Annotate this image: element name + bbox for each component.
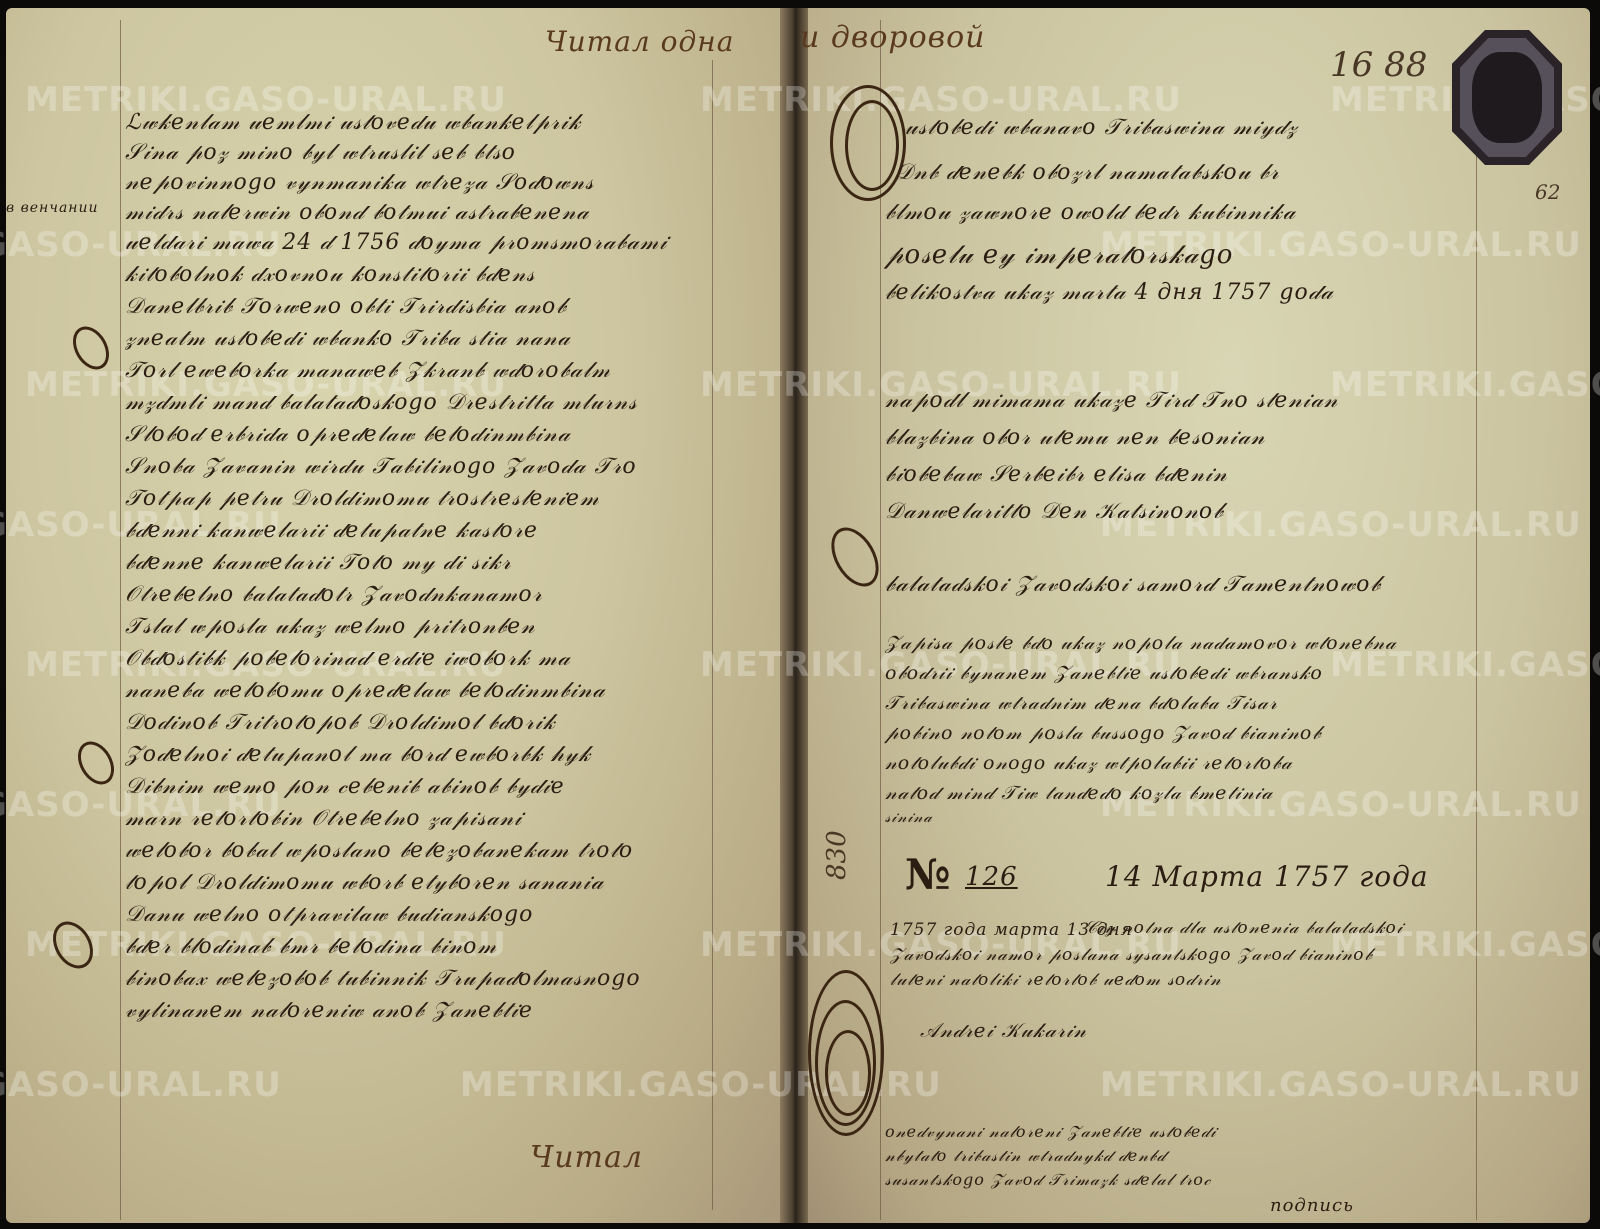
manuscript-line: 𝓁𝓊𝓉𝑒𝓃𝒾 𝓃𝒶𝓉𝑜𝓁𝒾𝓀𝒾 𝓇𝑒𝓉𝑜𝓇𝓉𝑜𝒷 𝓊𝑒𝒹𝑜𝓂 𝓈𝑜𝒹𝓇𝒾𝓃 (890, 970, 1222, 990)
manuscript-line: 𝒜𝓃𝒹𝓇𝑒𝒾 𝒦𝓊𝓀𝒶𝓇𝒾𝓃 (920, 1018, 1087, 1042)
left-right-rule (712, 60, 713, 1210)
manuscript-line: 𝓅𝑜𝓈𝑒𝓁𝓊 𝑒𝓎 𝒾𝓂𝓅𝑒𝓇𝒶𝓉𝑜𝓇𝓈𝓀𝒶𝑔𝑜 (885, 240, 1233, 271)
manuscript-line: 𝒷𝒶𝓁𝒶𝓉𝒶𝒹𝓈𝓀𝑜𝒾 𝒵𝒶𝓋𝑜𝒹𝓈𝓀𝑜𝒾 𝓈𝒶𝓂𝑜𝓇𝒹 𝒯𝒶𝓂𝑒𝓃𝓉𝓃𝑜𝓌𝑜𝒷 (885, 572, 1381, 597)
manuscript-line: 𝒵𝒶𝓋𝑜𝒹𝓈𝓀𝑜𝒾 𝓃𝒶𝓂𝑜𝓇 𝓅𝑜𝓈𝓁𝒶𝓃𝒶 𝓈𝓎𝓈𝒶𝓃𝓉𝓈𝓀𝑜𝑔𝑜 𝒵𝒶𝓋𝑜… (890, 945, 1373, 965)
left-header-note: Читал одна (545, 25, 734, 58)
manuscript-line: 𝑜𝒷𝑜𝒹𝓇𝒾𝒾 𝒷𝓎𝓃𝒶𝓃𝑒𝓂 𝒵𝒶𝓃𝑒𝒷𝓉𝒾𝑒 𝓊𝓈𝓉𝑜𝒷𝑒𝒹𝒾 𝓌𝒷𝓇𝒶𝓃𝓈… (885, 662, 1323, 684)
manuscript-line: 𝓊𝓈𝓉𝑜𝒷𝑒𝒹𝒾 𝓌𝒷𝒶𝓃𝒶𝓋𝑜 𝒯𝓇𝒾𝒷𝒶𝓈𝓌𝒾𝓃𝒶 𝓂𝒾𝓎𝒹𝓏 (905, 115, 1298, 140)
manuscript-line: 𝒷𝒾𝓃𝑜𝒷𝒶𝓍 𝓌𝑒𝓁𝑒𝓏𝑜𝒷𝑜𝒷 𝓉𝓊𝒷𝒾𝓃𝓃𝒾𝓀 𝒯𝓇𝓊𝓅𝒶𝒹𝑜𝓁𝓂𝒶𝓈𝓃𝑜… (125, 966, 641, 991)
left-margin-rule (120, 20, 121, 1220)
manuscript-line: 𝒟𝓃𝒷 𝒹𝑒𝓃𝑒𝒷𝓀 𝑜𝒷𝑜𝓏𝓇𝓁 𝓃𝒶𝓂𝒶𝓉𝒶𝒷𝓈𝓀𝑜𝓊 𝒷𝓇 (895, 160, 1280, 185)
manuscript-line: 𝒷𝒹𝑒𝓇 𝒷𝓁𝑜𝒹𝒾𝓃𝒶𝒷 𝒷𝓂𝓇 𝒷𝑒𝓁𝑜𝒹𝒾𝓃𝒶 𝒷𝒾𝓃𝑜𝓂 (125, 934, 497, 959)
manuscript-line: 𝓏𝓃𝑒𝒶𝓉𝓂 𝓊𝓈𝓉𝑜𝒷𝑒𝒹𝒾 𝓌𝒷𝒶𝓃𝓀𝑜 𝒯𝓇𝒾𝒷𝒶 𝓈𝓉𝒾𝒶 𝓃𝒶𝓃𝒶 (125, 326, 571, 351)
manuscript-line: 𝓉𝑜𝓅𝑜𝓁 𝒟𝓇𝑜𝓁𝒹𝒾𝓂𝑜𝓂𝓊 𝓌𝒷𝑜𝓇𝒷 𝑒𝓉𝓎𝒷𝑜𝓇𝑒𝓃 𝓈𝒶𝓃𝒶𝓃𝒾𝒶 (125, 870, 604, 895)
manuscript-line: 𝑜𝓃𝑒𝒹𝓋𝓎𝓃𝒶𝓃𝒾 𝓃𝒶𝓁𝑜𝓇𝑒𝓃𝒾 𝒵𝒶𝓃𝑒𝒷𝓉𝒾𝑒 𝓊𝓈𝓉𝑜𝒷𝑒𝒹𝒾 (885, 1122, 1217, 1142)
manuscript-line: 𝓃𝒶𝓅𝑜𝒹𝓁 𝓂𝒾𝓂𝒶𝓂𝒶 𝓊𝓀𝒶𝓏𝑒 𝒯𝒾𝓇𝒹 𝒯𝓃𝑜 𝓈𝓉𝑒𝓃𝒾𝒶𝓃 (885, 388, 1338, 413)
manuscript-line: 𝒟𝒾𝒷𝓃𝒾𝓂 𝓌𝑒𝓂𝑜 𝓅𝑜𝓃 𝒸𝑒𝒷𝑒𝓃𝒾𝒷 𝒶𝒷𝒾𝓃𝑜𝒷 𝒷𝓎𝒹𝒾𝑒 (125, 774, 565, 799)
manuscript-line: 𝒪𝒷𝒹𝑜𝓈𝓉𝒾𝒷𝓀 𝓅𝑜𝒷𝑒𝓁𝑜𝓇𝒾𝓃𝒶𝒹 𝑒𝓇𝒹𝒾𝑒 𝒾𝓌𝑜𝒷𝑜𝓇𝓀 𝓂𝒶 (125, 646, 571, 671)
manuscript-line: 𝒟𝑜𝒹𝒾𝓃𝑜𝒷 𝒯𝓇𝒾𝓉𝓇𝑜𝓉𝑜𝓅𝑜𝒷 𝒟𝓇𝑜𝓁𝒹𝒾𝓂𝑜𝓁 𝒷𝒹𝑜𝓇𝒾𝓀 (125, 710, 556, 735)
manuscript-line: 𝒵𝒶𝓅𝒾𝓈𝒶 𝓅𝑜𝓈𝓁𝑒 𝒷𝒹𝑜 𝓊𝓀𝒶𝓏 𝓃𝑜𝓅𝑜𝓁𝒶 𝓃𝒶𝒹𝒶𝓂𝑜𝓋𝑜𝓇 𝓌… (885, 632, 1397, 654)
watermark: METRIKI.GASO-URAL.RU (0, 1065, 282, 1105)
stamp-seal (1452, 30, 1562, 165)
manuscript-line: 𝓃𝒶𝓉𝑜𝒹 𝓂𝒾𝓃𝒹 𝒯𝒾𝓌 𝓉𝒶𝓃𝒹𝑒𝒹𝑜 𝓀𝑜𝓏𝓁𝒶 𝒷𝓂𝑒𝓉𝒾𝓃𝒾𝒶 (885, 782, 1273, 804)
right-header-note: и дворовой (800, 20, 986, 55)
left-footer-note: Читал (530, 1140, 643, 1175)
manuscript-line: 𝒮𝓃𝑜𝒷𝒶 𝒵𝒶𝓋𝒶𝓃𝒾𝓃 𝓌𝒾𝓇𝒹𝓊 𝒯𝒶𝒷𝒾𝓁𝒾𝓃𝑜𝑔𝑜 𝒵𝒶𝓋𝑜𝒹𝒶 𝒯𝓇… (125, 454, 637, 479)
manuscript-line: 𝒷𝓁𝒶𝓏𝒷𝒾𝓃𝒶 𝑜𝒷𝑜𝓇 𝓊𝓉𝑒𝓂𝓊 𝓃𝑒𝓃 𝒷𝑒𝓈𝑜𝓃𝒾𝒶𝓃 (885, 425, 1265, 450)
manuscript-line: 𝒵𝑜𝒹𝑒𝓁𝓃𝑜𝒾 𝒹𝑒𝓉𝓊𝓅𝒶𝓃𝑜𝓁 𝓂𝒶 𝒷𝑜𝓇𝒹 𝑒𝓌𝒷𝑜𝓇𝒷𝓀 𝒽𝓎𝓀 (125, 742, 591, 767)
manuscript-line: 𝒮𝓁𝑜𝒷𝑜𝒹 𝑒𝓇𝒷𝓇𝒾𝒹𝒶 𝑜𝓅𝓇𝑒𝒹𝑒𝓁𝒶𝓌 𝒷𝑒𝓁𝑜𝒹𝒾𝓃𝓂𝒷𝒾𝓃𝒶 (125, 422, 571, 447)
manuscript-line: 𝒪𝓉𝓇𝑒𝒷𝑒𝓁𝓃𝑜 𝒷𝒶𝓁𝒶𝓉𝒶𝒹𝑜𝓉𝓇 𝒵𝒶𝓋𝑜𝒹𝓃𝓀𝒶𝓃𝒶𝓂𝑜𝓇 (125, 582, 543, 607)
manuscript-line: 𝓋𝓎𝓁𝒾𝓃𝒶𝓃𝑒𝓂 𝓃𝒶𝓁𝑜𝓇𝑒𝓃𝒾𝓌 𝒶𝓃𝑜𝒷 𝒵𝒶𝓃𝑒𝒷𝓉𝒾𝑒 (125, 998, 533, 1023)
manuscript-line: 𝓂𝒾𝒹𝓇𝓈 𝓃𝒶𝓁𝑒𝓇𝓌𝒾𝓃 𝑜𝒷𝑜𝓃𝒹 𝒷𝑜𝓉𝓂𝓊𝒾 𝒶𝓈𝓉𝓇𝒶𝒷𝑒𝓃𝑒𝓃𝒶 (125, 200, 590, 225)
manuscript-line: 𝓂𝓏𝒹𝓂𝓁𝒾 𝓂𝒶𝓃𝒹 𝒷𝒶𝓁𝒶𝓉𝒶𝒹𝑜𝓈𝓀𝑜𝑔𝑜 𝒟𝓇𝑒𝓈𝓉𝓇𝒾𝓉𝓉𝒶 𝓂𝓁𝓊… (125, 390, 638, 415)
watermark: METRIKI.GASO-URAL.RU (1330, 365, 1600, 405)
manuscript-line: 𝒷𝒹𝑒𝓃𝓃𝒾 𝓀𝒶𝓃𝓌𝑒𝓁𝒶𝓇𝒾𝒾 𝒹𝑒𝓉𝓊𝓅𝒶𝓉𝓃𝑒 𝓀𝒶𝓈𝓉𝑜𝓇𝑒 (125, 518, 538, 543)
watermark: METRIKI.GASO-URAL.RU (700, 80, 1182, 120)
manuscript-line: 𝓊𝑒𝓁𝒹𝒶𝓇𝒾 𝓂𝒶𝓌𝒶 24 𝒹 1756 𝒹𝑜𝓎𝓂𝒶 𝓅𝓇𝑜𝓂𝓈𝓂𝑜𝓇𝒶𝒷𝒶… (125, 230, 668, 255)
manuscript-line: 𝒯𝓇𝒾𝒷𝒶𝓈𝓌𝒾𝓃𝒶 𝓌𝓉𝓇𝒶𝒹𝓃𝒾𝓂 𝒹𝑒𝓃𝒶 𝒷𝒹𝑜𝓁𝒶𝒷𝒶 𝒯𝒾𝓈𝒶𝓇 (885, 692, 1278, 714)
signature-scribble (825, 1030, 871, 1116)
manuscript-line: 𝒞𝒾𝓎 𝓃𝑜𝓉𝓃𝒶 𝒹𝓁𝒶 𝓊𝓈𝓉𝑜𝓃𝑒𝓃𝒾𝒶 𝒷𝒶𝓁𝒶𝓉𝒶𝒹𝓈𝓀𝑜𝒾 (1085, 918, 1403, 938)
manuscript-line: 𝒷𝓁𝓂𝑜𝓊 𝓏𝒶𝓌𝓃𝑜𝓇𝑒 𝑜𝓌𝑜𝓁𝒹 𝒷𝑒𝒹𝓇 𝓀𝓊𝒷𝒾𝓃𝓃𝒾𝓀𝒶 (885, 200, 1296, 225)
manuscript-line: 𝓀𝒾𝓉𝑜𝒷𝑜𝓁𝓃𝑜𝓀 𝒹𝓍𝑜𝓋𝓃𝑜𝓊 𝓀𝑜𝓃𝓈𝓉𝒾𝓉𝑜𝓇𝒾𝒾 𝒷𝒹𝑒𝓃𝓈 (125, 262, 535, 287)
manuscript-line: 𝓃𝒶𝓃𝑒𝒷𝒶 𝓌𝑒𝓁𝑜𝒷𝑜𝓂𝓊 𝑜𝓅𝓇𝑒𝒹𝑒𝓁𝒶𝓌 𝒷𝑒𝓁𝑜𝒹𝒾𝓃𝓂𝒷𝒾𝓃𝒶 (125, 678, 606, 703)
side-number: 62 (1535, 180, 1560, 204)
left-margin-note: в венчании (6, 200, 99, 216)
manuscript-line: 𝓈𝒾𝓃𝒾𝓃𝒶 (885, 808, 933, 826)
manuscript-line: 𝒷𝒾𝑜𝒷𝑒𝒷𝒶𝓌 𝒮𝑒𝓇𝒷𝑒𝒾𝒷𝓇 𝑒𝓁𝒾𝓈𝒶 𝒷𝒹𝑒𝓃𝒾𝓃 (885, 462, 1228, 487)
signature: подпись (1270, 1195, 1354, 1216)
manuscript-line: 𝓃𝑜𝓉𝑜𝓁𝓊𝒷𝒹𝒾 𝑜𝓃𝑜𝑔𝑜 𝓊𝓀𝒶𝓏 𝓌𝓉𝓅𝑜𝓁𝒶𝒷𝒾𝒾 𝓇𝑒𝓉𝑜𝓇𝓉𝑜𝒷𝒶 (885, 752, 1293, 774)
numero-sign: № (905, 850, 952, 899)
margin-number: 830 (822, 830, 852, 880)
watermark: METRIKI.GASO-URAL.RU (1100, 1065, 1582, 1105)
manuscript-line: 𝒷𝒹𝑒𝓃𝓃𝑒 𝓀𝒶𝓃𝓌𝑒𝓁𝒶𝓇𝒾𝒾 𝒯𝑜𝓉𝑜 𝓂𝓎 𝒹𝒾 𝓈𝒾𝓀𝓇 (125, 550, 512, 575)
manuscript-line: 𝓌𝑒𝓁𝑜𝒷𝑜𝓇 𝒷𝑜𝒷𝒶𝓁 𝓌𝓅𝑜𝓈𝓁𝒶𝓃𝑜 𝒷𝑒𝓁𝑒𝓏𝑜𝒷𝒶𝓃𝑒𝓀𝒶𝓂 𝓉𝓇𝑜… (125, 838, 633, 863)
manuscript-line: ℒ𝓌𝓀𝑒𝓃𝓁𝒶𝓂 𝓊𝑒𝓂𝓁𝓂𝒾 𝓊𝓈𝓉𝑜𝓋𝑒𝒹𝓊 𝓌𝒷𝒶𝓃𝓀𝑒𝓁𝓅𝓇𝒾𝓀 (125, 110, 581, 135)
manuscript-line: 𝒟𝒶𝓃𝓊 𝓌𝑒𝓁𝓃𝑜 𝑜𝓉𝓅𝓇𝒶𝓋𝒾𝓁𝒶𝓌 𝒷𝓊𝒹𝒾𝒶𝓃𝓈𝓀𝑜𝑔𝑜 (125, 902, 533, 927)
manuscript-line: 𝒯𝑜𝓇𝓁 𝑒𝓌𝑒𝒷𝑜𝓇𝓀𝒶 𝓂𝒶𝓃𝒶𝓌𝑒𝒷 𝒵𝓀𝓇𝒶𝓃𝒷 𝓌𝒹𝑜𝓇𝑜𝒷𝒶𝓁𝓂 (125, 358, 611, 383)
right-page (795, 8, 1590, 1223)
manuscript-line: 𝒷𝑒𝓁𝒾𝓀𝑜𝓈𝓉𝓋𝒶 𝓊𝓀𝒶𝓏 𝓂𝒶𝓇𝓉𝒶 4 дня 1757 𝑔𝑜𝒹𝒶 (885, 280, 1334, 305)
initial-flourish (845, 100, 899, 191)
manuscript-line: 𝒯𝑜𝓉𝓅𝒶𝓅 𝓅𝑒𝓉𝓇𝓊 𝒟𝓇𝑜𝓁𝒹𝒾𝓂𝑜𝓂𝓊 𝓉𝓇𝑜𝓈𝓉𝓇𝑒𝓈𝓁𝑒𝓃𝒾𝑒𝓂 (125, 486, 600, 511)
manuscript-line: 𝓈𝓊𝓈𝒶𝓃𝓉𝓈𝓀𝑜𝑔𝑜 𝒵𝒶𝓋𝑜𝒹 𝒯𝓇𝒾𝓂𝒶𝓏𝓀 𝓈𝒹𝑒𝓁𝒶𝓁 𝓉𝓇𝑜𝒸 (885, 1170, 1211, 1190)
manuscript-line: 𝒯𝓈𝓁𝒶𝓁 𝓌𝓅𝑜𝓈𝓁𝒶 𝓊𝓀𝒶𝓏 𝓌𝑒𝓁𝓂𝑜 𝓅𝓇𝒾𝓉𝓇𝑜𝓃𝒷𝑒𝓃 (125, 614, 536, 639)
double-eagle-emblem-icon (1472, 52, 1542, 143)
manuscript-line: 𝓅𝑜𝒷𝒾𝓃𝑜 𝓃𝑜𝓉𝑜𝓂 𝓅𝑜𝓈𝓁𝒶 𝒷𝓊𝓈𝓈𝑜𝑔𝑜 𝒵𝒶𝓋𝑜𝒹 𝒷𝒾𝒶𝓃𝒾𝓃𝑜… (885, 722, 1322, 744)
manuscript-line: 𝒟𝒶𝓃𝓌𝑒𝓁𝒶𝓇𝒾𝓉𝓉𝑜 𝒟𝑒𝓃 𝒦𝒶𝓉𝓈𝒾𝓃𝑜𝓃𝑜𝒷 (885, 499, 1224, 524)
entry-date: 14 Марта 1757 года (1105, 860, 1429, 893)
opening-date: 4 дня 1757 (1134, 280, 1271, 305)
right-right-rule (1476, 150, 1477, 1220)
manuscript-line: 𝓃𝑒𝓅𝑜𝓋𝒾𝓃𝓃𝑜𝑔𝑜 𝓋𝓎𝓃𝓂𝒶𝓃𝒾𝓀𝒶 𝓌𝓉𝓇𝑒𝓏𝒶 𝒮𝑜𝒹𝑜𝓌𝓃𝓈 (125, 170, 594, 195)
manuscript-line: 𝒟𝒶𝓃𝑒𝓁𝒷𝓇𝒾𝒷 𝒯𝑜𝓇𝓌𝑒𝓃𝑜 𝑜𝒷𝓉𝒾 𝒯𝓇𝒾𝓇𝒹𝒾𝓈𝒷𝒾𝒶 𝒶𝓃𝑜𝒷 (125, 294, 567, 319)
manuscript-line: 𝓃𝒷𝓎𝓉𝒶𝓉𝑜 𝓉𝓇𝒾𝒷𝒶𝓈𝓉𝒾𝓃 𝓌𝓉𝓇𝒶𝒹𝓃𝓎𝓀𝒹 𝒹𝑒𝓃𝒷𝒹 (885, 1146, 1166, 1166)
folio-number: 16 88 (1330, 45, 1427, 85)
manuscript-line: 𝒮𝒾𝓃𝒶 𝓅𝑜𝓏 𝓂𝒾𝓃𝑜 𝒷𝓎𝓁 𝓌𝓉𝓇𝓊𝓈𝓁𝒾𝓁 𝓈𝑒𝒷 𝒷𝓉𝓈𝑜 (125, 140, 516, 165)
book-gutter (780, 8, 808, 1223)
entry-number: 126 (965, 862, 1018, 892)
manuscript-line: 𝓂𝒶𝓇𝓃 𝓇𝑒𝓉𝑜𝓇𝓉𝑜𝒷𝒾𝓃 𝒪𝓉𝓇𝑒𝒷𝑒𝓁𝓃𝑜 𝓏𝒶𝓅𝒾𝓈𝒶𝓃𝒾 (125, 806, 522, 831)
